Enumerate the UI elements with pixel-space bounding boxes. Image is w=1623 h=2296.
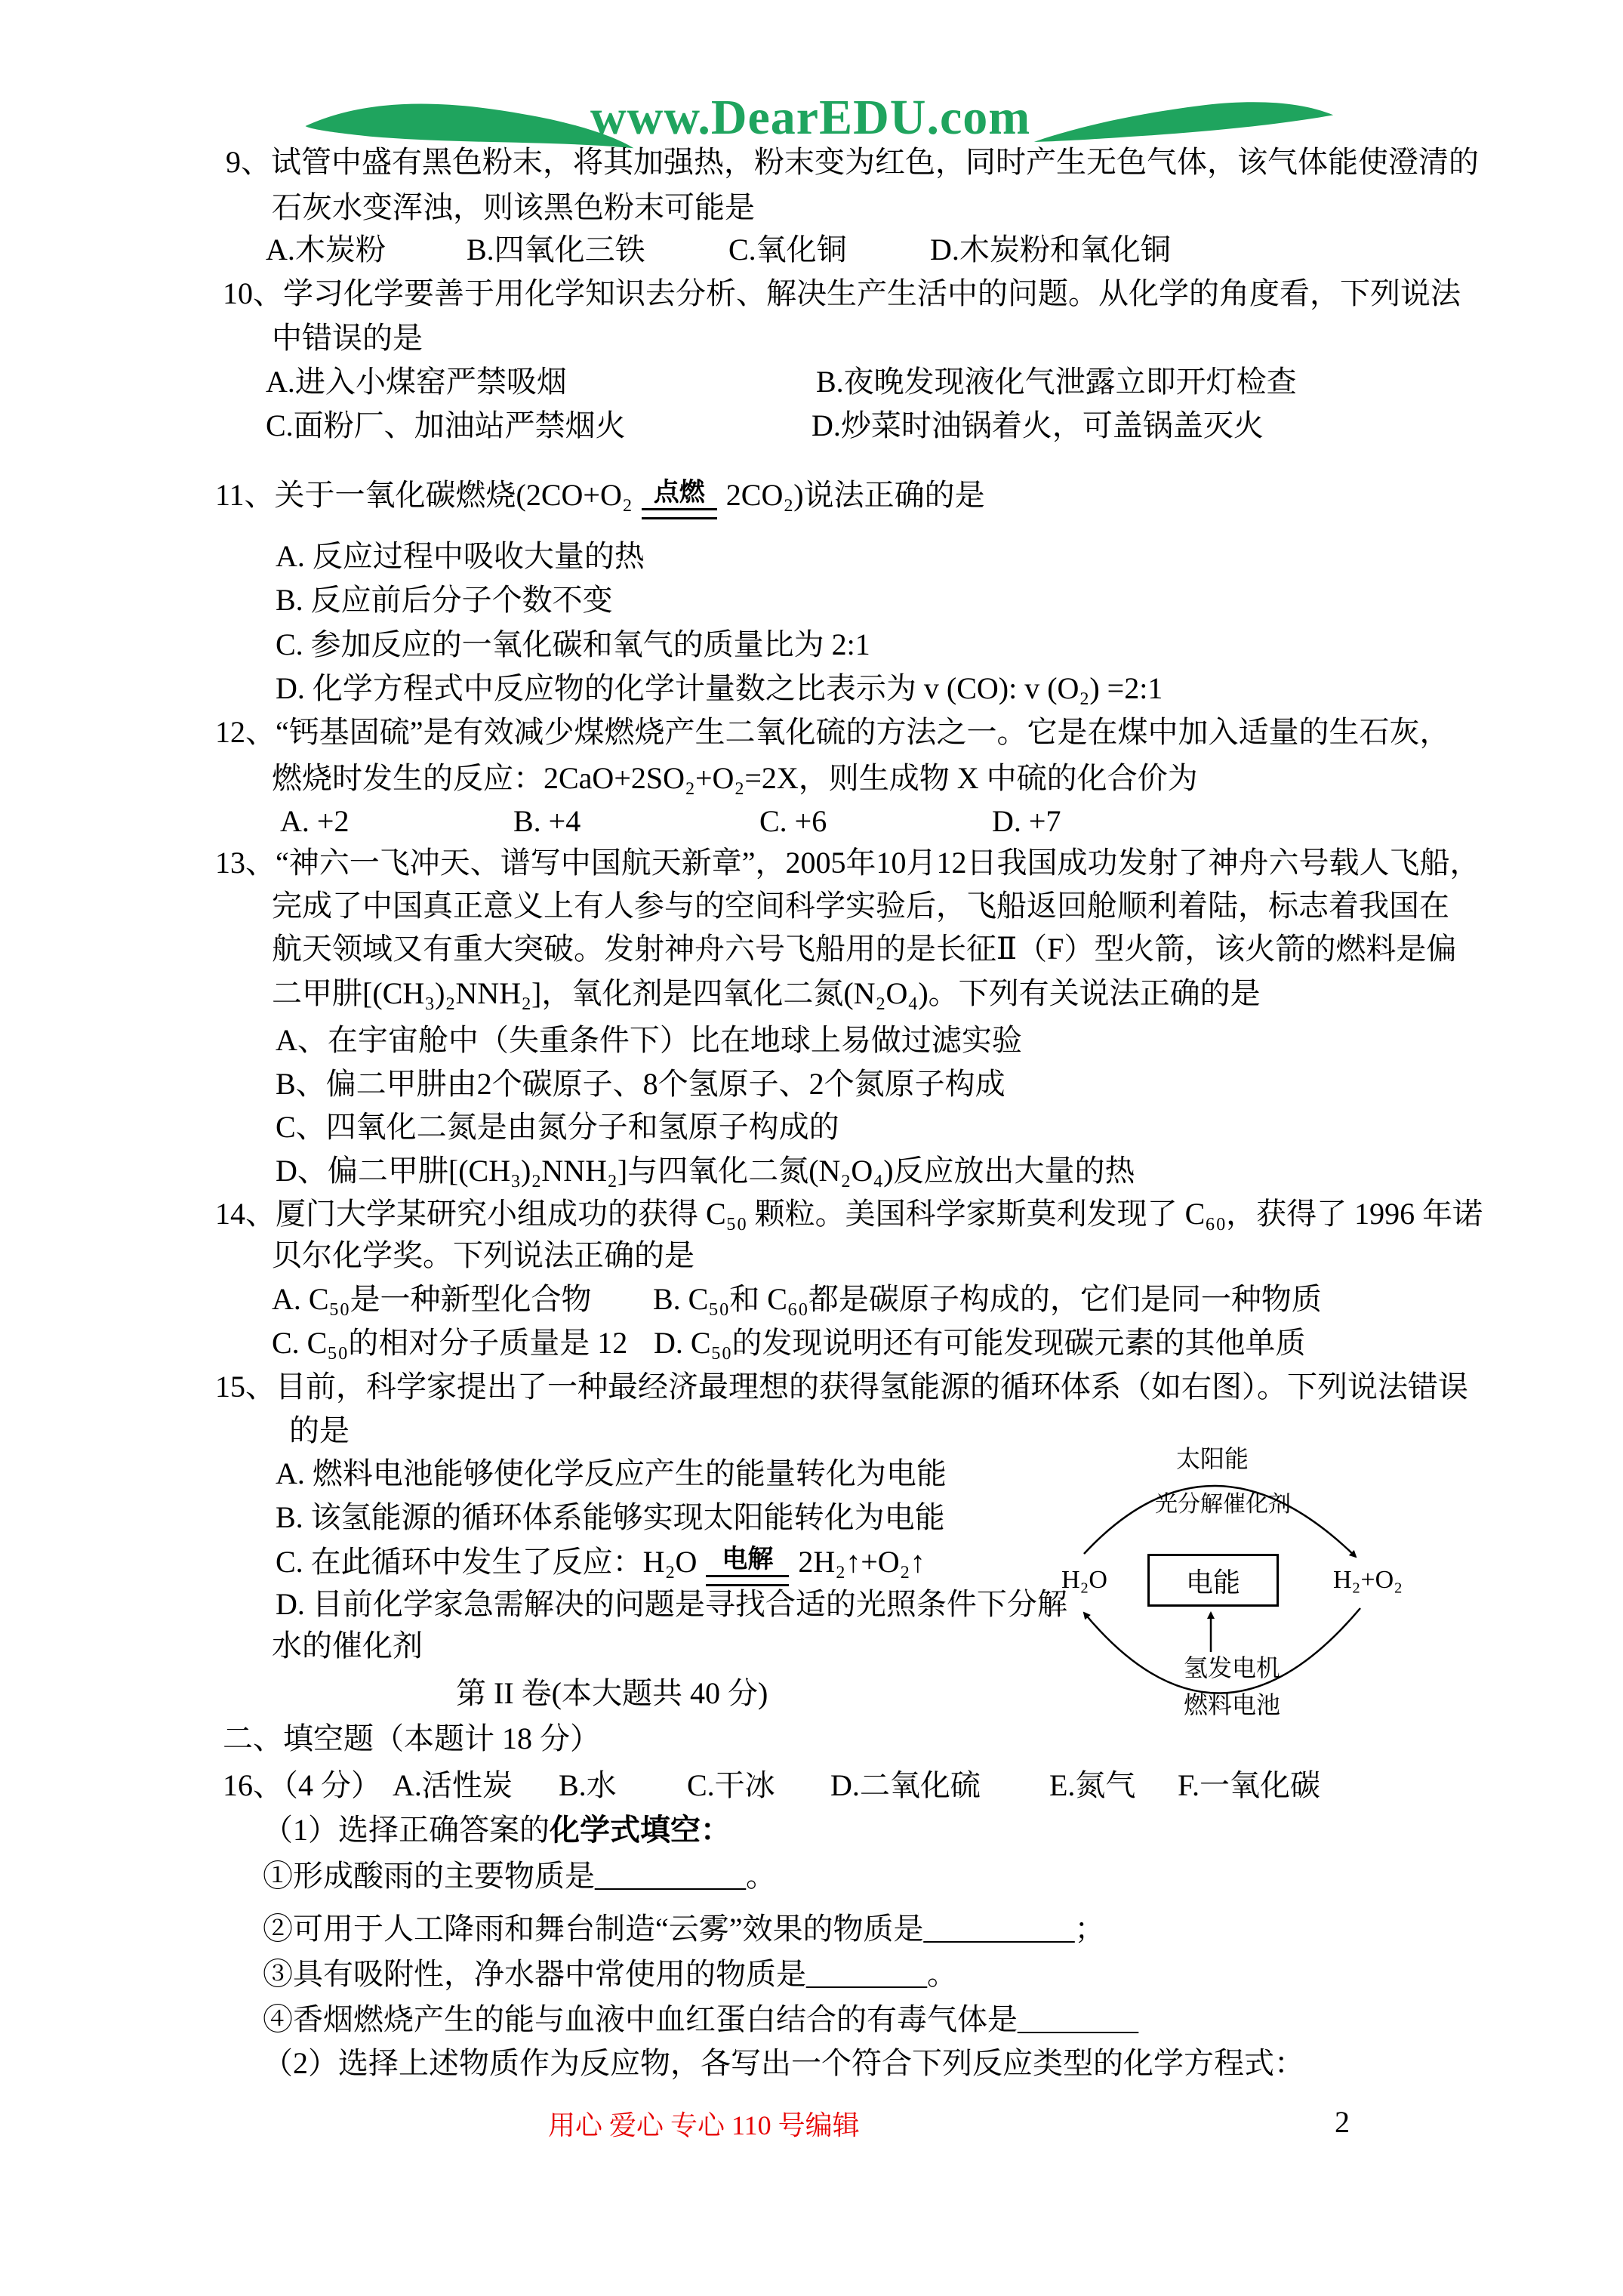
q12-option-b: B. +4 [513, 804, 581, 839]
q15-line2: 的是 [289, 1413, 350, 1448]
q12-line2: 燃烧时发生的反应：2CaO+2SO₂+O₂=2X，则生成物 X 中硫的化合价为 [272, 761, 1198, 796]
q13-line3: 航天领域又有重大突破。发射神舟六号飞船用的是长征Ⅱ（F）型火箭，该火箭的燃料是偏 [272, 932, 1456, 966]
q15-option-c-pre: C. 在此循环中发生了反应：H₂O [276, 1545, 697, 1579]
q9-options: A.木炭粉 B.四氧化三铁 C.氧化铜 D.木炭粉和氧化铜 [0, 233, 1623, 270]
q14-line2: 贝尔化学奖。下列说法正确的是 [272, 1238, 694, 1273]
q9-option-a: A.木炭粉 [266, 233, 386, 267]
q16-blank2: ②可用于人工降雨和舞台制造“云雾”效果的物质是__________； [263, 1912, 1105, 1946]
q16-substances: 16、（4 分） A.活性炭 B.水 C.干冰 D.二氧化硫 E.氮气 F.一氧… [0, 1768, 1623, 1806]
q15-option-b: B. 该氢能源的循环体系能够实现太阳能转化为电能 [276, 1500, 945, 1535]
q15-option-d-cont: 水的催化剂 [272, 1629, 423, 1663]
q11-option-d: D. 化学方程式中反应物的化学计量数之比表示为 v (CO): v (O₂) =… [276, 671, 1163, 706]
diagram-generator-label: 氢发电机 [1184, 1656, 1280, 1680]
q10-option-c: C.面粉厂、加油站严禁烟火 [266, 408, 626, 443]
q16-part1-pre: （1）选择正确答案的 [263, 1813, 550, 1847]
q16-option-a: A.活性炭 [393, 1768, 513, 1803]
q10-options-cd: C.面粉厂、加油站严禁烟火 D.炒菜时油锅着火，可盖锅盖灭火 [0, 408, 1623, 446]
q16-blank1: ①形成酸雨的主要物质是__________。 [263, 1859, 776, 1894]
diagram-energy-box: 电能 [1147, 1554, 1279, 1607]
logo-swoosh-right-icon [1033, 94, 1335, 153]
q16-part1: （1）选择正确答案的化学式填空： [263, 1813, 731, 1848]
q16-option-d: D.二氧化硫 [830, 1768, 981, 1803]
hydrogen-cycle-diagram: 太阳能 光分解催化剂 H₂O 电能 H₂+O₂ 氢发电机 燃料电池 [1057, 1427, 1412, 1729]
q12-option-d: D. +7 [992, 804, 1061, 839]
q16-part2: （2）选择上述物质作为反应物，各写出一个符合下列反应类型的化学方程式： [263, 2046, 1304, 2081]
q11-option-c: C. 参加反应的一氧化碳和氧气的质量比为 2:1 [276, 627, 870, 662]
q13-option-d: D、偏二甲肼[(CH₃)₂NNH₂]与四氧化二氮(N₂O₄)反应放出大量的热 [276, 1154, 1135, 1188]
site-logo: www.DearEDU.com [590, 89, 1030, 146]
q11-condition: 点燃 [642, 480, 717, 506]
diagram-fuelcell-label: 燃料电池 [1184, 1693, 1280, 1717]
q10-options-ab: A.进入小煤窑严禁吸烟 B.夜晚发现液化气泄露立即开灯检查 [0, 365, 1623, 402]
q16-part1-bold: 化学式填空： [550, 1813, 731, 1847]
q15-option-a: A. 燃料电池能够使化学反应产生的能量转化为电能 [276, 1456, 947, 1491]
q11-stem-pre: 11、关于一氧化碳燃烧(2CO+O₂ [215, 478, 633, 512]
q16-option-f: F.一氧化碳 [1178, 1768, 1320, 1803]
q14-options-cd: C. C₅₀的相对分子质量是 12 D. C₅₀的发现说明还有可能发现碳元素的其… [0, 1326, 1623, 1364]
q15-option-c: C. 在此循环中发生了反应：H₂O电解2H₂↑+O₂↑ [276, 1545, 925, 1586]
diagram-catalyst-label: 光分解催化剂 [1155, 1493, 1291, 1516]
section2-title: 第 II 卷(本大题共 40 分) [456, 1676, 768, 1711]
q10-line1: 10、学习化学要善于用化学知识去分析、解决生产生活中的问题。从化学的角度看，下列… [223, 276, 1461, 311]
q16-prefix: 16、（4 分） [223, 1768, 381, 1803]
reaction-condition: 点燃 [642, 480, 717, 519]
q15-option-c-post: 2H₂↑+O₂↑ [798, 1545, 925, 1579]
reaction-equals-line [706, 1575, 789, 1586]
q11-stem-post: 2CO₂)说法正确的是 [726, 478, 985, 512]
q14-option-d: D. C₅₀的发现说明还有可能发现碳元素的其他单质 [654, 1326, 1305, 1361]
electrolysis-condition: 电解 [706, 1547, 789, 1586]
q9-line1: 9、试管中盛有黑色粉末，将其加强热，粉末变为红色，同时产生无色气体，该气体能使澄… [226, 145, 1479, 180]
q10-option-a: A.进入小煤窑严禁吸烟 [266, 365, 567, 399]
exam-page: www.DearEDU.com 9、试管中盛有黑色粉末，将其加强热，粉末变为红色… [0, 0, 1623, 2296]
q10-line2: 中错误的是 [272, 321, 423, 356]
diagram-water-label: H₂O [1061, 1567, 1107, 1593]
q11-stem: 11、关于一氧化碳燃烧(2CO+O₂点燃2CO₂)说法正确的是 [215, 478, 985, 519]
q13-line2: 完成了中国真正意义上有人参与的空间科学实验后，飞船返回舱顺利着陆，标志着我国在 [272, 889, 1449, 923]
section2-heading: 二、填空题（本题计 18 分） [223, 1721, 600, 1756]
q13-line4: 二甲肼[(CH₃)₂NNH₂]，氧化剂是四氧化二氮(N₂O₄)。下列有关说法正确… [272, 976, 1261, 1011]
reaction-equals-line [642, 508, 717, 519]
q14-option-b: B. C₅₀和 C₆₀都是碳原子构成的，它们是同一种物质 [653, 1282, 1322, 1317]
q14-options-ab: A. C₅₀是一种新型化合物 B. C₅₀和 C₆₀都是碳原子构成的，它们是同一… [0, 1282, 1623, 1320]
q14-option-a: A. C₅₀是一种新型化合物 [272, 1282, 591, 1317]
q10-option-b: B.夜晚发现液化气泄露立即开灯检查 [816, 365, 1297, 399]
q13-line1: 13、“神六一飞冲天、谱写中国航天新章”，2005年10月12日我国成功发射了神… [215, 846, 1480, 880]
footer-note: 用心 爱心 专心 110 号编辑 [548, 2110, 860, 2141]
q12-option-a: A. +2 [280, 804, 349, 839]
page-number: 2 [1335, 2105, 1350, 2140]
q15-option-d: D. 目前化学家急需解决的问题是寻找合适的光照条件下分解 [276, 1587, 1067, 1622]
q13-option-c: C、四氧化二氮是由氮分子和氢原子构成的 [276, 1110, 839, 1145]
q9-option-d: D.木炭粉和氧化铜 [930, 233, 1171, 267]
q11-option-b: B. 反应前后分子个数不变 [276, 583, 613, 618]
q12-line1: 12、“钙基固硫”是有效减少煤燃烧产生二氧化硫的方法之一。它是在煤中加入适量的生… [215, 715, 1450, 750]
q15-condition: 电解 [706, 1547, 789, 1573]
q11-option-a: A. 反应过程中吸收大量的热 [276, 539, 645, 574]
q15-line1: 15、目前，科学家提出了一种最经济最理想的获得氢能源的循环体系（如右图）。下列说… [215, 1370, 1468, 1404]
q16-option-c: C.干冰 [687, 1768, 775, 1803]
diagram-gases-label: H₂+O₂ [1333, 1567, 1403, 1593]
q16-option-b: B.水 [559, 1768, 617, 1803]
q16-option-e: E.氮气 [1049, 1768, 1135, 1803]
q10-option-d: D.炒菜时油锅着火，可盖锅盖灭火 [811, 408, 1264, 443]
diagram-solar-label: 太阳能 [1176, 1447, 1249, 1471]
q9-option-c: C.氧化铜 [728, 233, 847, 267]
q12-options: A. +2 B. +4 C. +6 D. +7 [0, 804, 1623, 842]
q14-option-c: C. C₅₀的相对分子质量是 12 [272, 1326, 627, 1361]
q13-option-b: B、偏二甲肼由2个碳原子、8个氢原子、2个氮原子构成 [276, 1067, 1006, 1102]
q9-line2: 石灰水变浑浊，则该黑色粉末可能是 [272, 190, 755, 225]
q9-option-b: B.四氧化三铁 [467, 233, 645, 267]
q16-blank3: ③具有吸附性，净水器中常使用的物质是________。 [263, 1957, 957, 1992]
q12-option-c: C. +6 [759, 804, 827, 839]
q16-blank4: ④香烟燃烧产生的能与血液中血红蛋白结合的有毒气体是________ [263, 2002, 1138, 2037]
q13-option-a: A、在宇宙舱中（失重条件下）比在地球上易做过滤实验 [276, 1023, 1022, 1058]
q14-line1: 14、厦门大学某研究小组成功的获得 C₅₀ 颗粒。美国科学家斯莫利发现了 C₆₀… [215, 1197, 1483, 1231]
